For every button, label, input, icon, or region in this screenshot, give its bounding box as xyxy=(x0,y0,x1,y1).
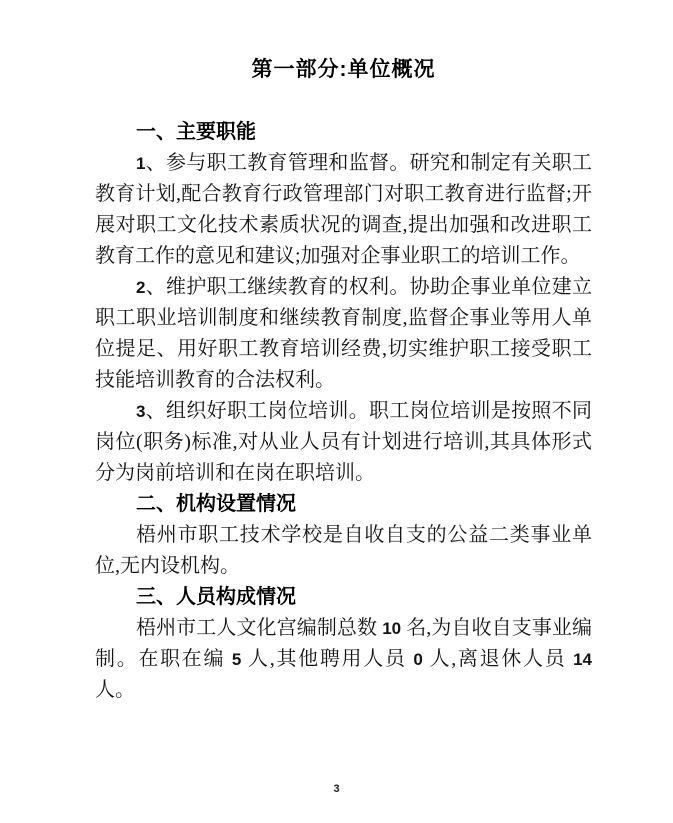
figure-number: 5 xyxy=(232,650,241,669)
paragraph: 梧州市职工技术学校是自收自支的公益二类事业单位,无内设机构。 xyxy=(95,520,592,582)
section-1-heading: 一、主要职能 xyxy=(95,117,592,148)
paragraph: 3、组织好职工岗位培训。职工岗位培训是按照不同岗位(职务)标准,对从业人员有计划… xyxy=(95,396,592,489)
document-page: 第一部分:单位概况 一、主要职能 1、参与职工教育管理和监督。研究和制定有关职工… xyxy=(0,0,673,823)
figure-number: 1 xyxy=(136,154,145,173)
figure-number: 3 xyxy=(136,402,145,421)
section-personnel-composition: 三、人员构成情况 梧州市工人文化宫编制总数 10 名,为自收自支事业编制。在职在… xyxy=(95,582,592,706)
section-3-heading: 三、人员构成情况 xyxy=(95,582,592,613)
paragraph: 梧州市工人文化宫编制总数 10 名,为自收自支事业编制。在职在编 5 人,其他聘… xyxy=(95,613,592,706)
figure-number: 2 xyxy=(136,278,145,297)
section-organization-setup: 二、机构设置情况 梧州市职工技术学校是自收自支的公益二类事业单位,无内设机构。 xyxy=(95,489,592,582)
figure-number: 10 xyxy=(382,619,401,638)
paragraph: 2、维护职工继续教育的权利。协助企事业单位建立职工职业培训制度和继续教育制度,监… xyxy=(95,272,592,396)
page-title: 第一部分:单位概况 xyxy=(95,56,592,83)
paragraph: 1、参与职工教育管理和监督。研究和制定有关职工教育计划,配合教育行政管理部门对职… xyxy=(95,148,592,272)
page-number: 3 xyxy=(0,783,673,795)
page-content: 第一部分:单位概况 一、主要职能 1、参与职工教育管理和监督。研究和制定有关职工… xyxy=(95,56,592,706)
figure-number: 14 xyxy=(573,650,592,669)
section-main-duties: 一、主要职能 1、参与职工教育管理和监督。研究和制定有关职工教育计划,配合教育行… xyxy=(95,117,592,489)
section-2-heading: 二、机构设置情况 xyxy=(95,489,592,520)
figure-number: 0 xyxy=(413,650,422,669)
